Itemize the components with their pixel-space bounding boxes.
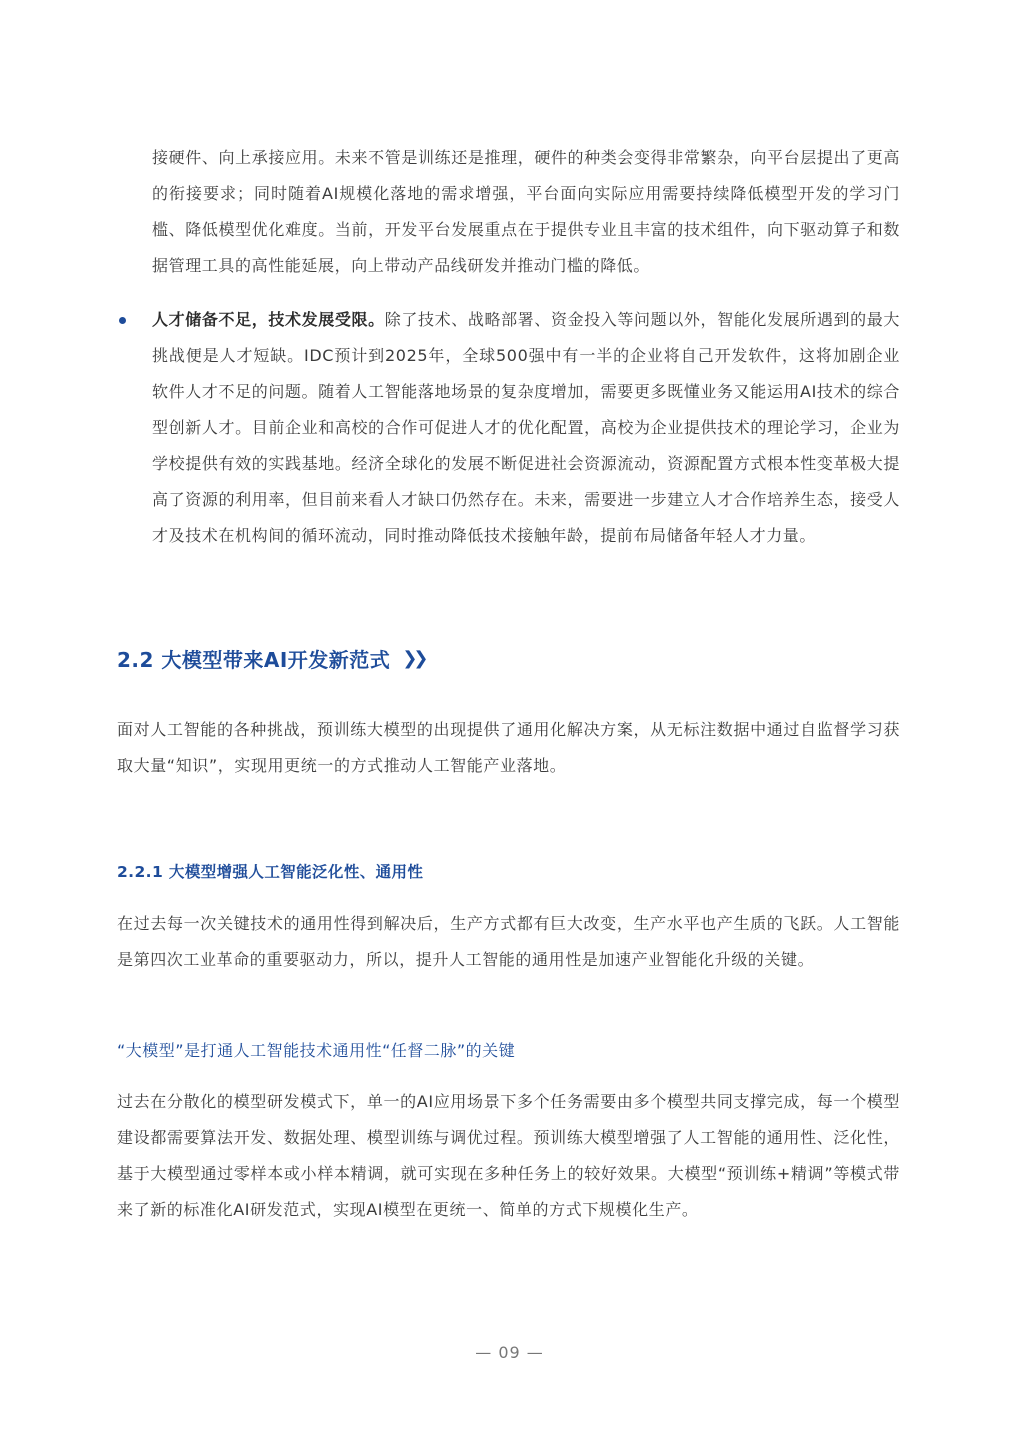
bullet-item-talent: 人才储备不足，技术发展受限。除了技术、战略部署、资金投入等问题以外，智能化发展所… — [117, 302, 900, 554]
subsection-paragraph-2: 过去在分散化的模型研发模式下，单一的AI应用场景下多个任务需要由多个模型共同支撑… — [117, 1084, 900, 1228]
bullet-dot-icon — [119, 317, 126, 324]
section-title: 2.2 大模型带来AI开发新范式 — [117, 644, 390, 673]
section-intro: 面对人工智能的各种挑战，预训练大模型的出现提供了通用化解决方案，从无标注数据中通… — [117, 712, 900, 784]
subsection-subheading: “大模型”是打通人工智能技术通用性“任督二脉”的关键 — [117, 1038, 515, 1061]
continued-paragraph: 接硬件、向上承接应用。未来不管是训练还是推理，硬件的种类会变得非常繁杂，向平台层… — [152, 140, 900, 284]
bullet-body: 除了技术、战略部署、资金投入等问题以外，智能化发展所遇到的最大挑战便是人才短缺。… — [152, 310, 900, 545]
document-page: 接硬件、向上承接应用。未来不管是训练还是推理，硬件的种类会变得非常繁杂，向平台层… — [0, 0, 1019, 1440]
double-chevron-right-icon: ❯❯ — [402, 648, 424, 669]
subsection-paragraph: 在过去每一次关键技术的通用性得到解决后，生产方式都有巨大改变，生产水平也产生质的… — [117, 906, 900, 978]
section-heading: 2.2 大模型带来AI开发新范式 ❯❯ — [117, 644, 424, 673]
bullet-lead: 人才储备不足，技术发展受限。 — [152, 310, 385, 329]
bullet-text: 人才储备不足，技术发展受限。除了技术、战略部署、资金投入等问题以外，智能化发展所… — [152, 302, 900, 554]
subsection-heading: 2.2.1 大模型增强人工智能泛化性、通用性 — [117, 860, 423, 882]
page-number: — 09 — — [0, 1343, 1019, 1362]
